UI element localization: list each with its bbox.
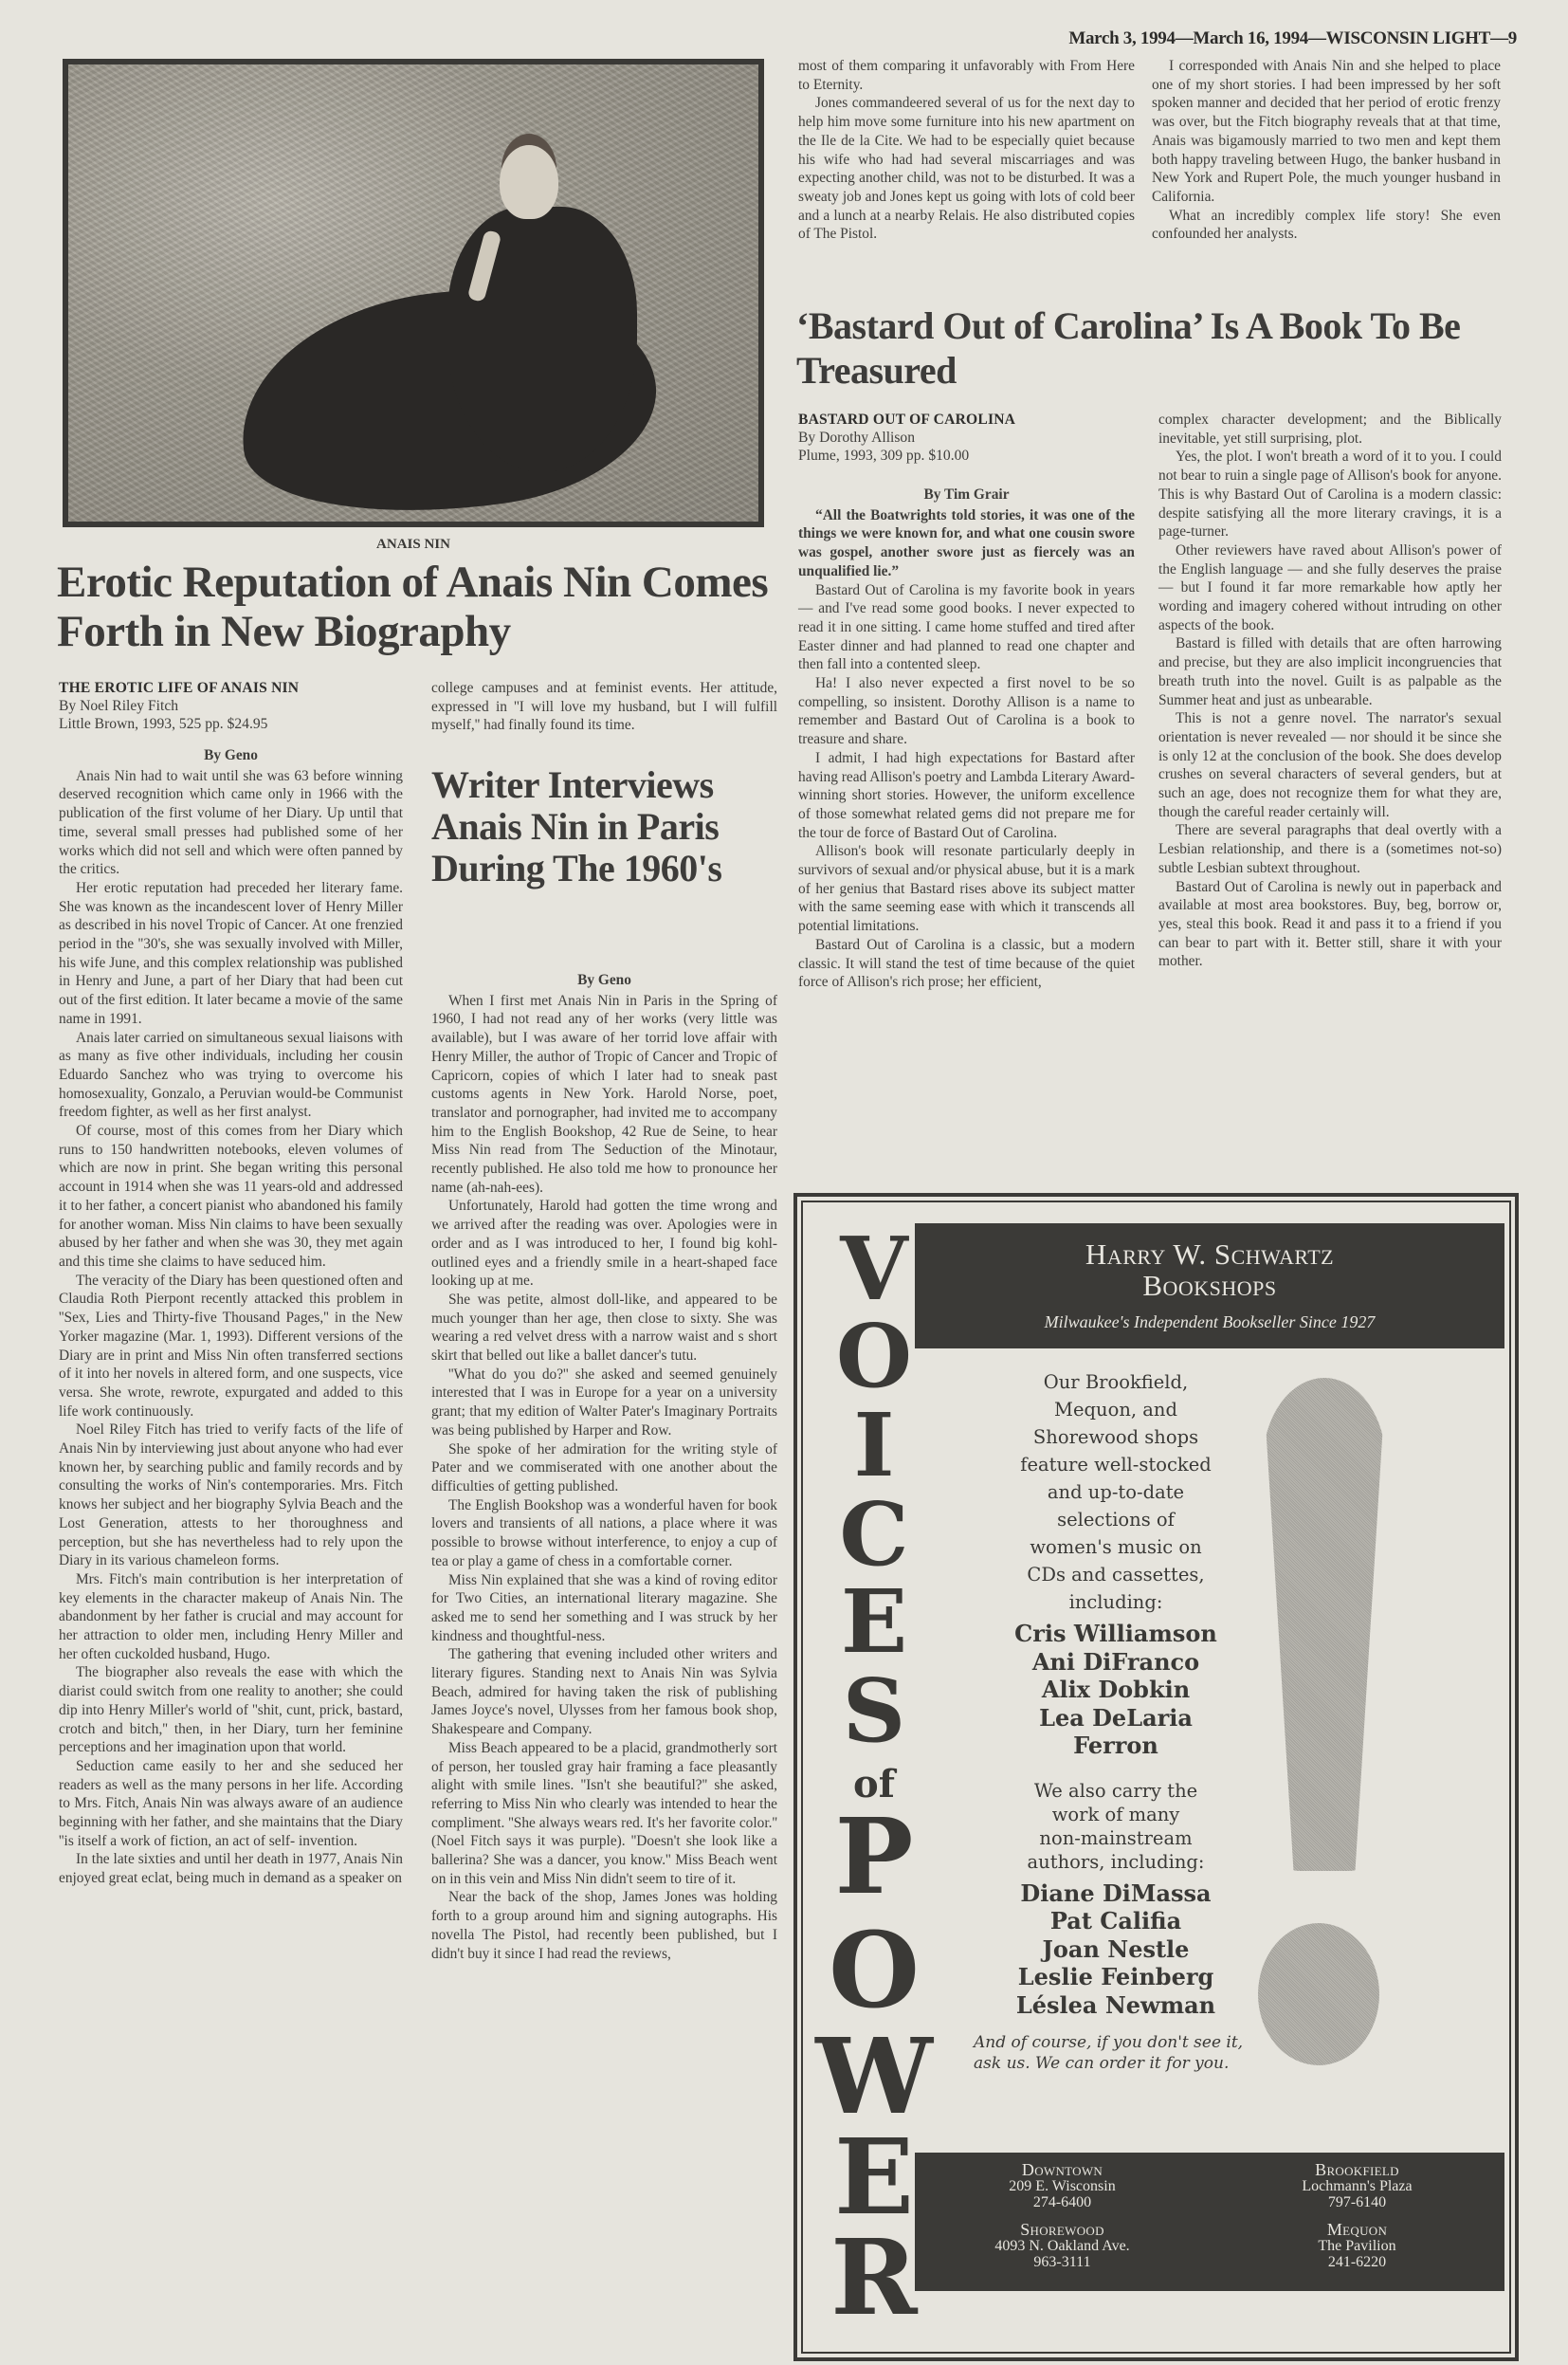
article1-paragraph: Her erotic reputation had preceded her l…	[59, 879, 403, 1029]
vertical-letter: E	[803, 1574, 945, 1669]
article3-headline: ‘Bastard Out of Carolina’ Is A Book To B…	[796, 303, 1536, 393]
location-shorewood: Shorewood 4093 N. Oakland Ave. 963-3111	[915, 2222, 1210, 2274]
closing-line: And of course, if you don't see it,	[974, 2032, 1267, 2053]
vertical-letter: S	[803, 1663, 945, 1758]
article2-paragraph: When I first met Anais Nin in Paris in t…	[431, 992, 777, 1198]
photo-caption: ANAIS NIN	[63, 537, 764, 553]
vertical-letter: C	[803, 1487, 945, 1582]
location-name: Brookfield	[1210, 2162, 1504, 2178]
also-line: We also carry the	[964, 1779, 1267, 1803]
article1-book-pub: Little Brown, 1993, 525 pp. $24.95	[59, 715, 403, 733]
article1-paragraph: college campuses and at feminist events.…	[431, 679, 777, 735]
closing-line: ask us. We can order it for you.	[974, 2053, 1267, 2074]
article3-epigraph: “All the Boatwrights told stories, it wa…	[798, 506, 1135, 581]
article2-paragraph: The English Bookshop was a wonderful hav…	[431, 1496, 777, 1571]
article3-paragraph: Yes, the plot. I won't breath a word of …	[1158, 448, 1502, 541]
article1-paragraph: The veracity of the Diary has been quest…	[59, 1272, 403, 1421]
location-phone: 274-6400	[915, 2194, 1210, 2210]
store-locations: Downtown 209 E. Wisconsin 274-6400 Brook…	[915, 2153, 1504, 2291]
vertical-letter: P	[803, 1800, 945, 1914]
location-name: Shorewood	[915, 2222, 1210, 2238]
intro-line: and up-to-date	[964, 1478, 1267, 1506]
article2-paragraph: Unfortunately, Harold had gotten the tim…	[431, 1197, 777, 1291]
ad-intro: Our Brookfield, Mequon, and Shorewood sh…	[964, 1368, 1267, 1616]
intro-line: Mequon, and	[964, 1396, 1267, 1423]
ad-also-text: We also carry the work of many non-mains…	[964, 1779, 1267, 1874]
photo-cloak-upper-shape	[447, 207, 637, 472]
author-name: Diane DiMassa	[964, 1879, 1267, 1908]
ad-inner-border: V O I C E S of P O W E R Harry W.	[801, 1201, 1511, 2354]
article3-paragraph: I admit, I had high expectations for Bas…	[798, 749, 1135, 843]
ad-body: Our Brookfield, Mequon, and Shorewood sh…	[964, 1368, 1267, 2074]
also-line: non-mainstream	[964, 1826, 1267, 1850]
article2-paragraph: ''What do you do?'' she asked and seemed…	[431, 1366, 777, 1440]
also-line: authors, including:	[964, 1850, 1267, 1874]
article3-book-author: By Dorothy Allison	[798, 429, 1135, 447]
musician-name: Ani DiFranco	[964, 1648, 1267, 1677]
article3-paragraph: Bastard is filled with details that are …	[1158, 634, 1502, 709]
location-brookfield: Brookfield Lochmann's Plaza 797-6140	[1210, 2162, 1504, 2214]
location-phone: 797-6140	[1210, 2194, 1504, 2210]
store-tagline: Milwaukee's Independent Bookseller Since…	[915, 1312, 1504, 1332]
article1-paragraph: In the late sixties and until her death …	[59, 1850, 403, 1887]
also-line: work of many	[964, 1803, 1267, 1826]
article1-book-author: By Noel Riley Fitch	[59, 697, 403, 715]
article1-paragraph: Anais later carried on simultaneous sexu…	[59, 1029, 403, 1123]
intro-line: selections of	[964, 1506, 1267, 1533]
article3-paragraph: Ha! I also never expected a first novel …	[798, 674, 1135, 749]
article3-paragraph: complex character development; and the B…	[1158, 411, 1502, 448]
ad-closing: And of course, if you don't see it, ask …	[964, 2032, 1267, 2074]
location-name: Downtown	[915, 2162, 1210, 2178]
article1-headline: Erotic Reputation of Anais Nin Comes For…	[57, 558, 777, 656]
intro-line: CDs and cassettes,	[964, 1561, 1267, 1588]
location-address: 4093 N. Oakland Ave.	[915, 2238, 1210, 2254]
location-phone: 241-6220	[1210, 2254, 1504, 2270]
article2-paragraph: I corresponded with Anais Nin and she he…	[1152, 57, 1501, 207]
article3-book-pub: Plume, 1993, 309 pp. $10.00	[798, 447, 1135, 465]
article3-paragraph: Bastard Out of Carolina is my favorite b…	[798, 581, 1135, 675]
article2-byline: By Geno	[431, 971, 777, 990]
location-phone: 963-3111	[915, 2254, 1210, 2270]
exclamation-dot-icon	[1258, 1923, 1379, 2065]
intro-line: Shorewood shops	[964, 1423, 1267, 1451]
page-folio: March 3, 1994—March 16, 1994—WISCONSIN L…	[1005, 28, 1517, 49]
location-address: The Pavilion	[1210, 2238, 1504, 2254]
article2-continuation-col4: I corresponded with Anais Nin and she he…	[1152, 57, 1501, 244]
article1-continuation: college campuses and at feminist events.…	[431, 679, 777, 735]
article3-paragraph: Bastard Out of Carolina is newly out in …	[1158, 878, 1502, 972]
article2-paragraph: She spoke of her admiration for the writ…	[431, 1440, 777, 1496]
article3-byline: By Tim Grair	[798, 486, 1135, 504]
article2-paragraph: Near the back of the shop, James Jones w…	[431, 1888, 777, 1963]
article1-byline: By Geno	[59, 746, 403, 765]
article2-paragraph: The gathering that evening included othe…	[431, 1645, 777, 1739]
schwartz-bookshops-ad: V O I C E S of P O W E R Harry W.	[793, 1193, 1519, 2361]
article2-continuation-col3: most of them comparing it unfavorably wi…	[798, 57, 1135, 244]
article1-paragraph: Mrs. Fitch's main contribution is her in…	[59, 1570, 403, 1664]
article3-book-title: BASTARD OUT OF CAROLINA	[798, 412, 1015, 428]
article1-paragraph: Noel Riley Fitch has tried to verify fac…	[59, 1421, 403, 1570]
article2-paragraph: Miss Beach appeared to be a placid, gran…	[431, 1739, 777, 1889]
article3-column1: BASTARD OUT OF CAROLINA By Dorothy Allis…	[798, 411, 1135, 992]
intro-line: women's music on	[964, 1533, 1267, 1561]
location-name: Mequon	[1210, 2222, 1504, 2238]
vertical-letter: I	[803, 1398, 945, 1493]
article3-paragraph: This is not a genre novel. The narrator'…	[1158, 709, 1502, 821]
location-address: Lochmann's Plaza	[1210, 2178, 1504, 2194]
location-address: 209 E. Wisconsin	[915, 2178, 1210, 2194]
article2-column: By Geno When I first met Anais Nin in Pa…	[431, 965, 777, 1963]
article1-paragraph: Of course, most of this comes from her D…	[59, 1122, 403, 1272]
article2-paragraph: Jones commandeered several of us for the…	[798, 94, 1135, 244]
article2-paragraph: What an incredibly complex life story! S…	[1152, 207, 1501, 244]
photo-face-shape	[500, 145, 558, 219]
author-name: Leslie Feinberg	[964, 1963, 1267, 1991]
article2-headline: Writer Interviews Anais Nin in Paris Dur…	[431, 764, 782, 889]
ad-store-header: Harry W. Schwartz Bookshops Milwaukee's …	[915, 1223, 1504, 1348]
article1-book-title: THE EROTIC LIFE OF ANAIS NIN	[59, 680, 299, 696]
musician-name: Lea DeLaria	[964, 1704, 1267, 1732]
article2-paragraph: Miss Nin explained that she was a kind o…	[431, 1571, 777, 1646]
vertical-letter: O	[803, 1914, 945, 2027]
article1-paragraph: Seduction came easily to her and she sed…	[59, 1757, 403, 1851]
store-name-line1: Harry W. Schwartz	[915, 1238, 1504, 1270]
article3-column2: complex character development; and the B…	[1158, 411, 1502, 971]
article1-paragraph: The biographer also reveals the ease wit…	[59, 1663, 403, 1757]
author-name: Léslea Newman	[964, 1991, 1267, 2020]
intro-line: Our Brookfield,	[964, 1368, 1267, 1396]
article2-paragraph: She was petite, almost doll-like, and ap…	[431, 1291, 777, 1366]
article3-paragraph: Bastard Out of Carolina is a classic, bu…	[798, 936, 1135, 992]
author-name: Pat Califia	[964, 1907, 1267, 1935]
article3-paragraph: Allison's book will resonate particularl…	[798, 842, 1135, 936]
article1-column1: THE EROTIC LIFE OF ANAIS NIN By Noel Ril…	[59, 679, 403, 1888]
intro-line: including:	[964, 1588, 1267, 1616]
location-mequon: Mequon The Pavilion 241-6220	[1210, 2222, 1504, 2274]
musician-name: Alix Dobkin	[964, 1676, 1267, 1704]
intro-line: feature well-stocked	[964, 1451, 1267, 1478]
store-name-line2: Bookshops	[915, 1270, 1504, 1301]
musician-list: Cris Williamson Ani DiFranco Alix Dobkin…	[964, 1620, 1267, 1760]
musician-name: Cris Williamson	[964, 1620, 1267, 1648]
author-name: Joan Nestle	[964, 1935, 1267, 1964]
author-list: Diane DiMassa Pat Califia Joan Nestle Le…	[964, 1879, 1267, 2020]
article1-paragraph: Anais Nin had to wait until she was 63 b…	[59, 767, 403, 879]
article3-paragraph: Other reviewers have raved about Allison…	[1158, 541, 1502, 635]
location-downtown: Downtown 209 E. Wisconsin 274-6400	[915, 2162, 1210, 2214]
anais-nin-photo	[63, 59, 764, 527]
article3-paragraph: There are several paragraphs that deal o…	[1158, 821, 1502, 877]
exclamation-mark-icon	[1263, 1378, 1386, 1871]
musician-name: Ferron	[964, 1732, 1267, 1760]
article2-paragraph: most of them comparing it unfavorably wi…	[798, 57, 1135, 94]
